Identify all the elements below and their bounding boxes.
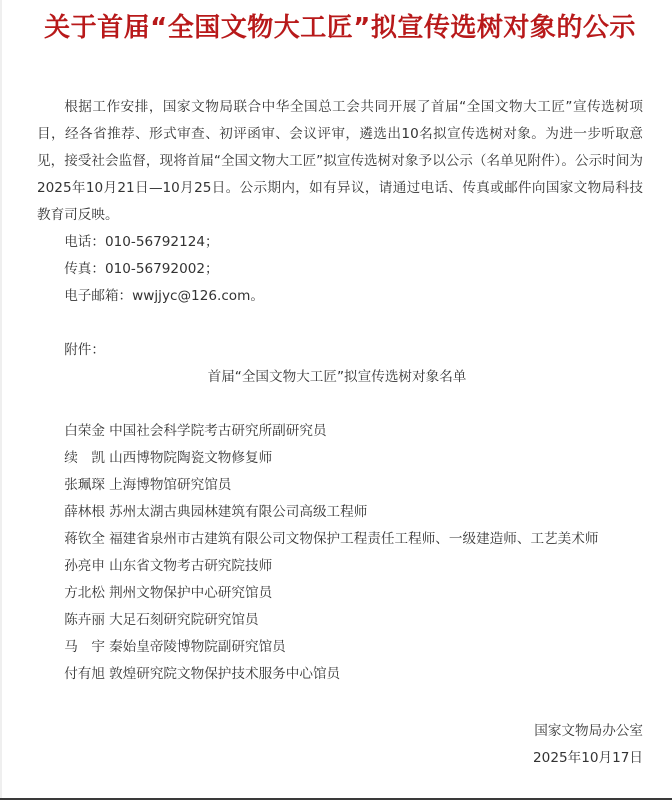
attachment-caption: 首届“全国文物大工匠”拟宣传选树对象名单: [37, 364, 643, 391]
candidate-title: 上海博物馆研究馆员: [109, 477, 231, 493]
list-item: 张珮琛上海博物馆研究馆员: [37, 472, 643, 499]
list-item: 马 宇秦始皇帝陵博物院副研究馆员: [37, 634, 643, 661]
candidate-title: 苏州太湖古典园林建筑有限公司高级工程师: [109, 504, 367, 520]
intro-paragraph: 根据工作安排，国家文物局联合中华全国总工会共同开展了首届“全国文物大工匠”宣传选…: [37, 94, 643, 229]
candidate-title: 秦始皇帝陵博物院副研究馆员: [109, 639, 286, 655]
contact-phone: 电话：010-56792124；: [37, 229, 643, 256]
candidate-name: 方北松: [64, 580, 109, 607]
announcement-article: 关于首届“全国文物大工匠”拟宣传选树对象的公示 根据工作安排，国家文物局联合中华…: [37, 0, 643, 772]
list-item: 白荣金中国社会科学院考古研究所副研究员: [37, 418, 643, 445]
candidate-name: 马 宇: [64, 634, 109, 661]
page-left-edge: [0, 0, 2, 800]
candidate-name: 白荣金: [64, 418, 109, 445]
list-item: 方北松荆州文物保护中心研究馆员: [37, 580, 643, 607]
list-item: 薛林根苏州太湖古典园林建筑有限公司高级工程师: [37, 499, 643, 526]
candidate-title: 大足石刻研究院研究馆员: [109, 612, 259, 628]
candidate-name: 张珮琛: [64, 472, 109, 499]
candidate-title: 中国社会科学院考古研究所副研究员: [109, 423, 327, 439]
candidate-title: 山东省文物考古研究院技师: [109, 558, 272, 574]
spacer: [37, 310, 643, 337]
candidate-title: 福建省泉州市古建筑有限公司文物保护工程责任工程师、一级建造师、工艺美术师: [109, 531, 598, 547]
candidate-title: 山西博物院陶瓷文物修复师: [109, 450, 272, 466]
candidate-list: 白荣金中国社会科学院考古研究所副研究员 续 凯山西博物院陶瓷文物修复师 张珮琛上…: [37, 418, 643, 688]
signature-org: 国家文物局办公室: [37, 718, 643, 745]
list-item: 陈卉丽大足石刻研究院研究馆员: [37, 607, 643, 634]
attachment-label: 附件：: [37, 337, 643, 364]
candidate-name: 孙亮申: [64, 553, 109, 580]
candidate-name: 付有旭: [64, 661, 109, 688]
list-item: 孙亮申山东省文物考古研究院技师: [37, 553, 643, 580]
candidate-name: 陈卉丽: [64, 607, 109, 634]
list-item: 续 凯山西博物院陶瓷文物修复师: [37, 445, 643, 472]
contact-fax: 传真：010-56792002；: [37, 256, 643, 283]
article-body: 根据工作安排，国家文物局联合中华全国总工会共同开展了首届“全国文物大工匠”宣传选…: [37, 94, 643, 772]
contact-email: 电子邮箱：wwjjyc@126.com。: [37, 283, 643, 310]
candidate-name: 蒋钦全: [64, 526, 109, 553]
candidate-title: 敦煌研究院文物保护技术服务中心馆员: [109, 666, 340, 682]
list-item: 蒋钦全福建省泉州市古建筑有限公司文物保护工程责任工程师、一级建造师、工艺美术师: [37, 526, 643, 553]
candidate-name: 续 凯: [64, 445, 109, 472]
signature-block: 国家文物局办公室 2025年10月17日: [37, 718, 643, 772]
page-title: 关于首届“全国文物大工匠”拟宣传选树对象的公示: [37, 0, 643, 47]
candidate-title: 荆州文物保护中心研究馆员: [109, 585, 272, 601]
list-item: 付有旭敦煌研究院文物保护技术服务中心馆员: [37, 661, 643, 688]
signature-date: 2025年10月17日: [37, 745, 643, 772]
candidate-name: 薛林根: [64, 499, 109, 526]
